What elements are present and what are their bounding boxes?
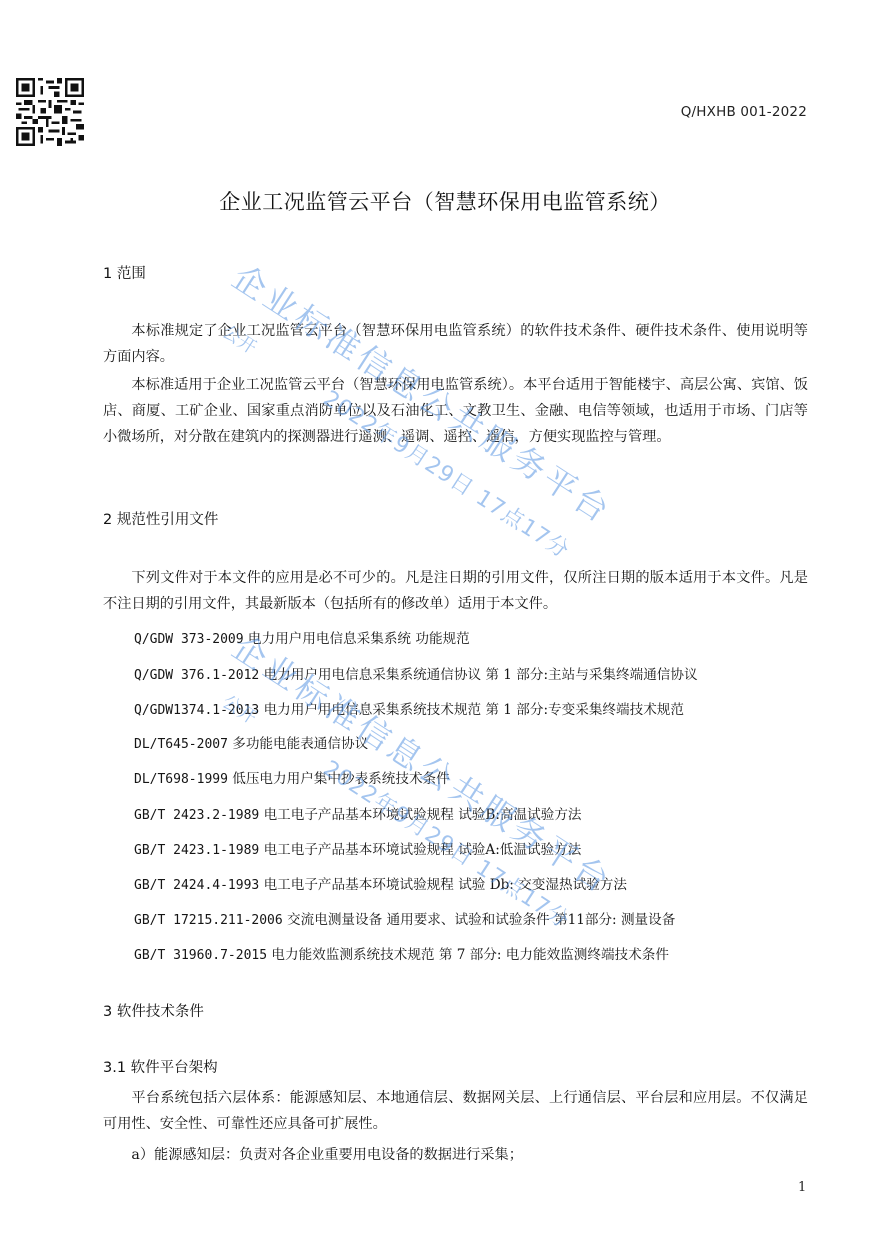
section-heading-normative-references: 2 规范性引用文件 (103, 508, 218, 529)
document-page: Q/HXHB 001-2022 企业工况监管云平台（智慧环保用电监管系统） 1 … (0, 0, 890, 1258)
reference-item: GB/T 17215.211-2006 交流电测量设备 通用要求、试验和试验条件… (134, 908, 675, 928)
architecture-paragraph: 平台系统包括六层体系：能源感知层、本地通信层、数据网关层、上行通信层、平台层和应… (103, 1085, 808, 1137)
reference-item: Q/GDW 373-2009 电力用户用电信息采集系统 功能规范 (134, 627, 470, 647)
subsection-heading-software-architecture: 3.1 软件平台架构 (103, 1056, 218, 1077)
qr-code-icon (16, 78, 84, 146)
section-heading-scope: 1 范围 (103, 262, 146, 283)
document-title: 企业工况监管云平台（智慧环保用电监管系统） (0, 186, 890, 216)
scope-paragraph-2: 本标准适用于企业工况监管云平台（智慧环保用电监管系统）。本平台适用于智能楼宇、高… (103, 372, 808, 450)
reference-item: GB/T 31960.7-2015 电力能效监测系统技术规范 第 7 部分: 电… (134, 943, 669, 963)
references-intro-paragraph: 下列文件对于本文件的应用是必不可少的。凡是注日期的引用文件，仅所注日期的版本适用… (103, 565, 808, 617)
reference-item: GB/T 2423.1-1989 电工电子产品基本环境试验规程 试验A:低温试验… (134, 838, 581, 858)
reference-item: GB/T 2423.2-1989 电工电子产品基本环境试验规程 试验B:高温试验… (134, 803, 582, 823)
reference-item: Q/GDW1374.1-2013 电力用户用电信息采集系统技术规范 第 1 部分… (134, 698, 684, 718)
scope-paragraph-1: 本标准规定了企业工况监管云平台（智慧环保用电监管系统）的软件技术条件、硬件技术条… (103, 318, 808, 370)
page-number: 1 (798, 1180, 806, 1195)
reference-item: DL/T645-2007 多功能电能表通信协议 (134, 732, 368, 752)
architecture-list-item-a: a）能源感知层：负责对各企业重要用电设备的数据进行采集； (103, 1142, 808, 1168)
reference-item: Q/GDW 376.1-2012 电力用户用电信息采集系统通信协议 第 1 部分… (134, 663, 698, 683)
reference-item: GB/T 2424.4-1993 电工电子产品基本环境试验规程 试验 Db: 交… (134, 873, 627, 893)
reference-item: DL/T698-1999 低压电力用户集中抄表系统技术条件 (134, 767, 450, 787)
standard-code: Q/HXHB 001-2022 (681, 104, 807, 120)
section-heading-software-conditions: 3 软件技术条件 (103, 1000, 204, 1021)
